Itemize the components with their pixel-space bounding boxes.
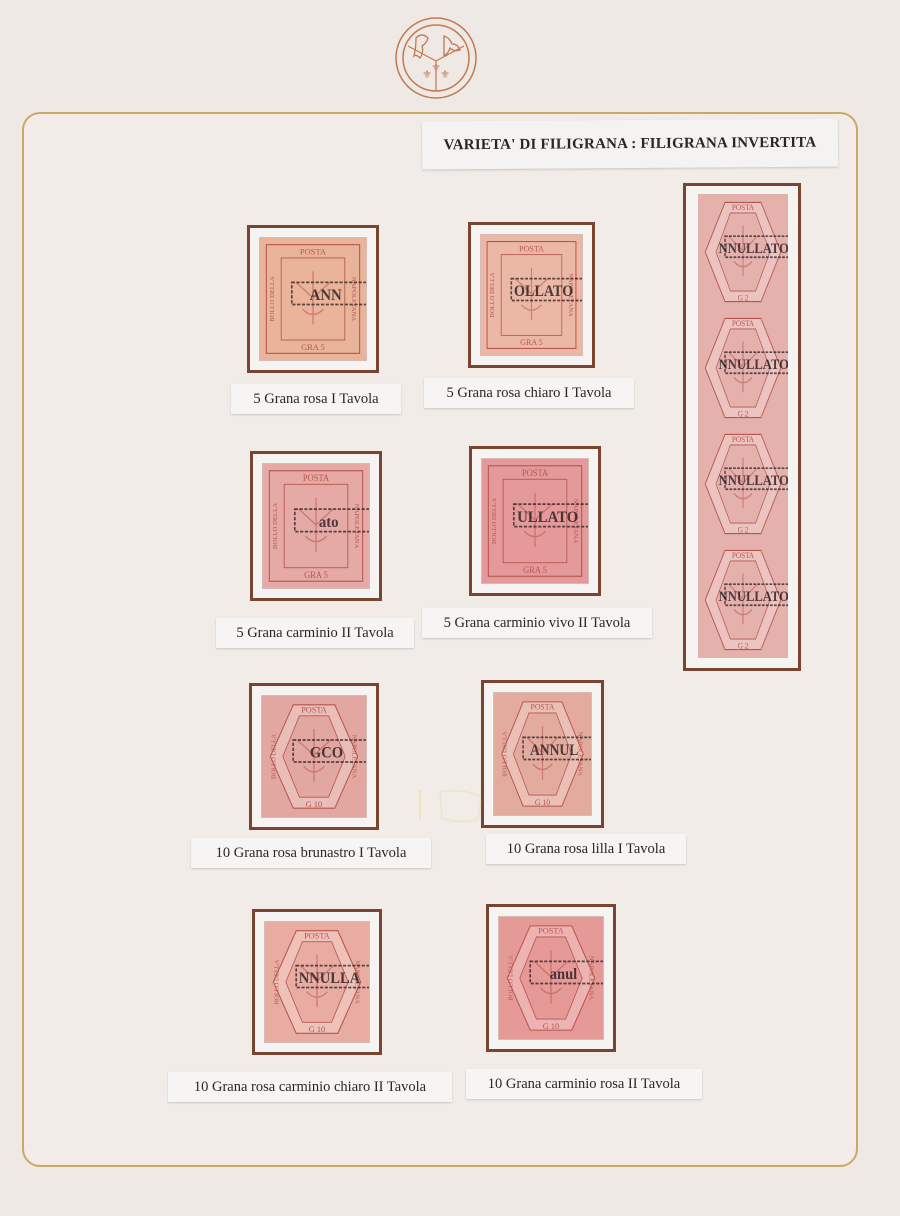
- svg-text:⚜: ⚜: [440, 68, 450, 81]
- page-title: VARIETA' DI FILIGRANA : FILIGRANA INVERT…: [422, 119, 838, 170]
- stamp: POSTAGRA 5BOLLO DELLANAPOLETANAANN: [259, 237, 367, 361]
- stamp: POSTAGRA 5BOLLO DELLANAPOLETANAULLATO: [481, 458, 589, 584]
- svg-text:POSTA: POSTA: [531, 702, 555, 712]
- svg-text:POSTA: POSTA: [732, 434, 755, 444]
- stamp: POSTAGRA 5BOLLO DELLANAPOLETANAOLLATO: [480, 234, 583, 356]
- svg-text:NNULLATO: NNULLATO: [719, 356, 788, 372]
- svg-text:GRA 5: GRA 5: [520, 338, 543, 347]
- svg-text:POSTA: POSTA: [732, 318, 755, 328]
- stamp-caption: 5 Grana rosa chiaro I Tavola: [424, 378, 634, 408]
- faint-stain: [410, 780, 485, 830]
- svg-text:G 10: G 10: [309, 1024, 325, 1034]
- stamp-strip-mount: POSTAG 2NNULLATO POSTAG 2NNULLATO POSTAG…: [683, 183, 801, 671]
- svg-text:G 2: G 2: [738, 641, 749, 651]
- bourbon-crest-icon: ⚜ ⚜ ⚜: [394, 16, 478, 100]
- stamp-caption: 10 Grana rosa carminio chiaro II Tavola: [168, 1072, 452, 1102]
- svg-text:POSTA: POSTA: [519, 244, 544, 253]
- svg-text:G 10: G 10: [306, 799, 322, 809]
- svg-text:G 10: G 10: [543, 1021, 559, 1031]
- stamp: POSTAG 10BOLLO DELLANAPOLETANAGCO: [261, 695, 367, 818]
- svg-text:BOLLO DELLA: BOLLO DELLA: [491, 498, 498, 545]
- svg-text:BOLLO DELLA: BOLLO DELLA: [272, 503, 279, 550]
- svg-text:NNULLA: NNULLA: [299, 971, 361, 987]
- stamp: POSTAG 10BOLLO DELLANAPOLETANANNULLA: [264, 921, 370, 1043]
- svg-text:BOLLO DELLA: BOLLO DELLA: [489, 272, 496, 317]
- stamp-caption: 5 Grana rosa I Tavola: [231, 384, 401, 414]
- svg-text:GRA 5: GRA 5: [523, 565, 547, 575]
- svg-text:ANNUL: ANNUL: [530, 742, 579, 759]
- svg-text:NAPOLETANA: NAPOLETANA: [350, 277, 357, 321]
- svg-text:GRA 5: GRA 5: [301, 342, 325, 352]
- stamp-mount: POSTAG 10BOLLO DELLANAPOLETANAGCO: [249, 683, 379, 830]
- svg-text:POSTA: POSTA: [732, 550, 755, 560]
- svg-text:ato: ato: [319, 514, 339, 532]
- svg-text:G 2: G 2: [738, 409, 749, 419]
- stamp: POSTAG 10BOLLO DELLANAPOLETANAanul: [498, 916, 604, 1040]
- svg-text:POSTA: POSTA: [300, 246, 327, 256]
- stamp-mount: POSTAGRA 5BOLLO DELLANAPOLETANAato: [250, 451, 382, 601]
- stamp-caption: 10 Grana carminio rosa II Tavola: [466, 1069, 702, 1099]
- svg-text:GRA 5: GRA 5: [304, 570, 328, 580]
- svg-text:G 2: G 2: [738, 293, 749, 303]
- svg-text:BOLLO DELLA: BOLLO DELLA: [502, 731, 509, 777]
- svg-text:POSTA: POSTA: [301, 704, 327, 714]
- stamp-mount: POSTAGRA 5BOLLO DELLANAPOLETANAULLATO: [469, 446, 601, 596]
- svg-text:ANN: ANN: [310, 287, 342, 304]
- svg-text:POSTA: POSTA: [538, 925, 564, 935]
- stamp: POSTAGRA 5BOLLO DELLANAPOLETANAato: [262, 463, 370, 589]
- strip-stamp: POSTAG 2NNULLATO: [698, 194, 788, 310]
- svg-text:BOLLO DELLA: BOLLO DELLA: [271, 734, 278, 780]
- svg-text:POSTA: POSTA: [304, 930, 330, 940]
- svg-text:NNULLATO: NNULLATO: [719, 472, 788, 488]
- svg-text:NNULLATO: NNULLATO: [719, 588, 788, 604]
- svg-text:NNULLATO: NNULLATO: [719, 240, 788, 256]
- svg-text:OLLATO: OLLATO: [514, 284, 573, 301]
- svg-text:POSTA: POSTA: [522, 468, 549, 478]
- svg-text:BOLLO DELLA: BOLLO DELLA: [508, 955, 515, 1001]
- stamp-mount: POSTAG 10BOLLO DELLANAPOLETANANNULLA: [252, 909, 382, 1055]
- stamp: POSTAG 10BOLLO DELLANAPOLETANAANNUL: [493, 692, 592, 816]
- strip-stamp: POSTAG 2NNULLATO: [698, 426, 788, 542]
- svg-text:anul: anul: [550, 967, 578, 984]
- svg-text:NAPOLETANA: NAPOLETANA: [353, 504, 360, 549]
- stamp-caption: 10 Grana rosa lilla I Tavola: [486, 834, 686, 864]
- svg-text:G 2: G 2: [738, 525, 749, 535]
- svg-text:POSTA: POSTA: [303, 473, 330, 483]
- stamp-mount: POSTAGRA 5BOLLO DELLANAPOLETANAOLLATO: [468, 222, 595, 368]
- stamp-mount: POSTAGRA 5BOLLO DELLANAPOLETANAANN: [247, 225, 379, 373]
- svg-text:G 10: G 10: [535, 798, 550, 808]
- stamp-caption: 10 Grana rosa brunastro I Tavola: [191, 838, 431, 868]
- svg-text:GCO: GCO: [310, 745, 343, 761]
- stamp-mount: POSTAG 10BOLLO DELLANAPOLETANAanul: [486, 904, 616, 1052]
- svg-text:BOLLO DELLA: BOLLO DELLA: [274, 959, 281, 1004]
- svg-text:BOLLO DELLA: BOLLO DELLA: [269, 276, 276, 322]
- stamp-caption: 5 Grana carminio vivo II Tavola: [422, 608, 652, 638]
- stamp-mount: POSTAG 10BOLLO DELLANAPOLETANAANNUL: [481, 680, 604, 828]
- svg-text:NAPOLETANA: NAPOLETANA: [588, 956, 595, 1000]
- strip-stamp: POSTAG 2NNULLATO: [698, 310, 788, 426]
- stamp-caption: 5 Grana carminio II Tavola: [216, 618, 414, 648]
- svg-text:NAPOLETANA: NAPOLETANA: [351, 735, 358, 779]
- svg-text:ULLATO: ULLATO: [517, 509, 578, 527]
- svg-text:POSTA: POSTA: [732, 202, 755, 212]
- strip-stamp: POSTAG 2NNULLATO: [698, 542, 788, 658]
